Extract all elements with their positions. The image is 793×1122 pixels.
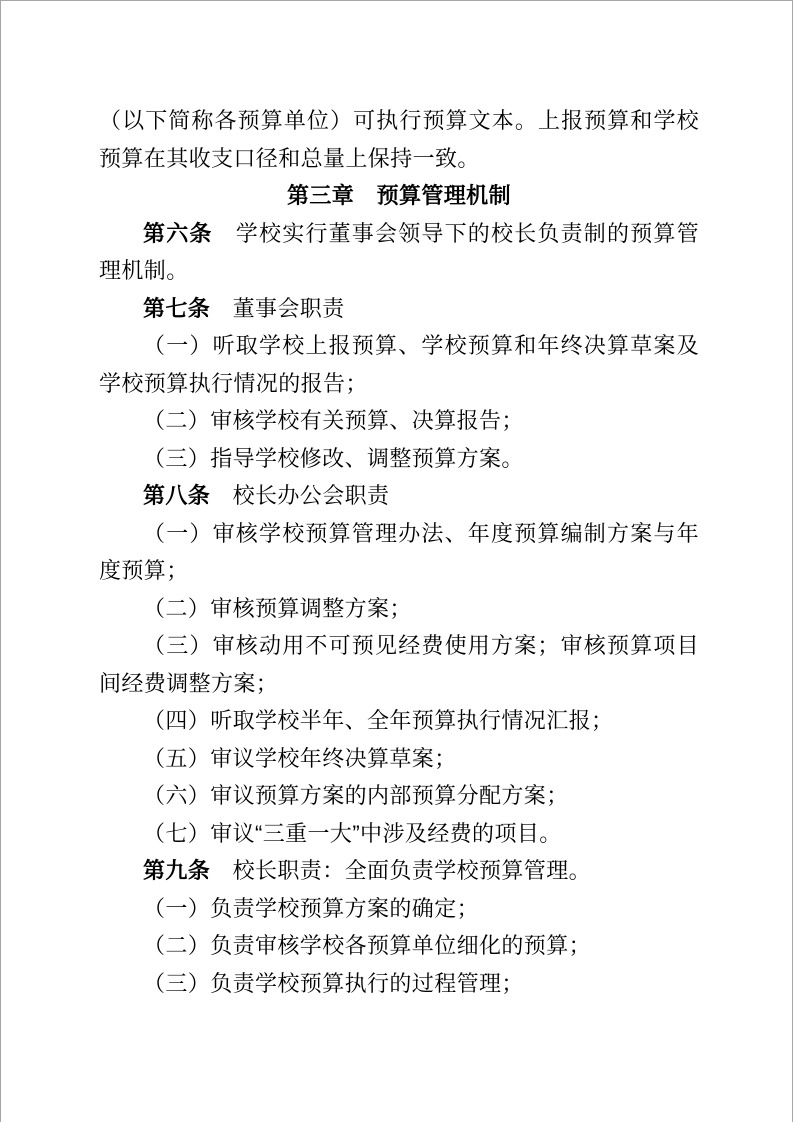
text-run: （以下简称各预算单位）可执行预算文本。上报预算和学校预算在其收支口径和总量上保持…: [99, 108, 699, 171]
text-run: （三）指导学校修改、调整预算方案。: [143, 446, 524, 471]
chapter-heading: 第三章 预算管理机制: [99, 177, 699, 215]
text-run: 校长办公会职责: [210, 483, 389, 508]
article-9-item-2: （二）负责审核学校各预算单位细化的预算；: [99, 927, 699, 965]
text-run: （四）听取学校半年、全年预算执行情况汇报；: [143, 708, 613, 733]
article-number: 第八条: [143, 483, 210, 508]
text-run: （二）审核学校有关预算、决算报告；: [143, 408, 524, 433]
article-9-item-1: （一）负责学校预算方案的确定；: [99, 890, 699, 928]
article-7-item-1: （一）听取学校上报预算、学校预算和年终决算草案及学校预算执行情况的报告；: [99, 327, 699, 402]
text-run: （一）听取学校上报预算、学校预算和年终决算草案及学校预算执行情况的报告；: [99, 333, 699, 396]
article-9: 第九条 校长职责：全面负责学校预算管理。: [99, 852, 699, 890]
article-7-item-3: （三）指导学校修改、调整预算方案。: [99, 440, 699, 478]
document-page: （以下简称各预算单位）可执行预算文本。上报预算和学校预算在其收支口径和总量上保持…: [0, 0, 793, 1122]
article-number: 第六条: [143, 221, 213, 246]
article-6: 第六条 学校实行董事会领导下的校长负责制的预算管理机制。: [99, 215, 699, 290]
article-7-item-2: （二）审核学校有关预算、决算报告；: [99, 402, 699, 440]
article-number: 第七条: [143, 296, 210, 321]
article-number: 第三章 预算管理机制: [287, 183, 511, 208]
text-run: （五）审议学校年终决算草案；: [143, 746, 457, 771]
article-8-item-2: （二）审核预算调整方案；: [99, 590, 699, 628]
article-8-item-5: （五）审议学校年终决算草案；: [99, 740, 699, 778]
text-run: （一）审核学校预算管理办法、年度预算编制方案与年度预算；: [99, 521, 699, 584]
text-run: （二）审核预算调整方案；: [143, 596, 412, 621]
article-8-item-4: （四）听取学校半年、全年预算执行情况汇报；: [99, 702, 699, 740]
text-run: 校长职责：全面负责学校预算管理。: [210, 858, 591, 883]
article-8-item-6: （六）审议预算方案的内部预算分配方案；: [99, 777, 699, 815]
text-run: （三）审核动用不可预见经费使用方案；审核预算项目间经费调整方案；: [99, 633, 699, 696]
article-9-item-3: （三）负责学校预算执行的过程管理；: [99, 965, 699, 1003]
article-7: 第七条 董事会职责: [99, 290, 699, 328]
text-run: （一）负责学校预算方案的确定；: [143, 896, 479, 921]
text-run: （二）负责审核学校各预算单位细化的预算；: [143, 933, 591, 958]
continuation-paragraph: （以下简称各预算单位）可执行预算文本。上报预算和学校预算在其收支口径和总量上保持…: [99, 102, 699, 177]
text-run: （三）负责学校预算执行的过程管理；: [143, 971, 524, 996]
article-8-item-7: （七）审议“三重一大”中涉及经费的项目。: [99, 815, 699, 853]
article-8-item-3: （三）审核动用不可预见经费使用方案；审核预算项目间经费调整方案；: [99, 627, 699, 702]
text-run: （六）审议预算方案的内部预算分配方案；: [143, 783, 569, 808]
text-run: 董事会职责: [210, 296, 344, 321]
article-8: 第八条 校长办公会职责: [99, 477, 699, 515]
article-number: 第九条: [143, 858, 210, 883]
text-run: （七）审议“三重一大”中涉及经费的项目。: [143, 821, 562, 846]
article-8-item-1: （一）审核学校预算管理办法、年度预算编制方案与年度预算；: [99, 515, 699, 590]
document-body: （以下简称各预算单位）可执行预算文本。上报预算和学校预算在其收支口径和总量上保持…: [99, 102, 699, 1002]
